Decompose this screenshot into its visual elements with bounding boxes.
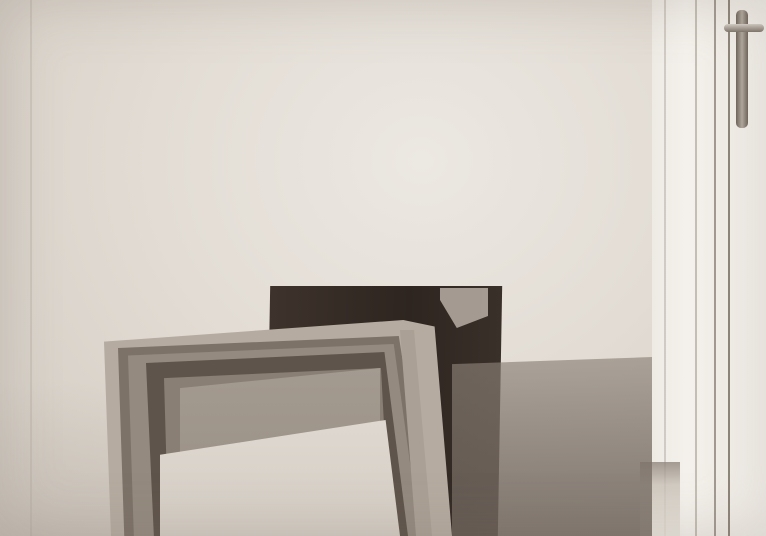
door-handle-icon (724, 24, 764, 32)
door-trim-line (714, 0, 716, 536)
door (652, 0, 766, 536)
glass-sheet (452, 357, 652, 536)
door-trim-line (664, 0, 666, 536)
door-edge-line (728, 0, 730, 536)
photograph (0, 0, 766, 536)
door-trim-line (695, 0, 697, 536)
